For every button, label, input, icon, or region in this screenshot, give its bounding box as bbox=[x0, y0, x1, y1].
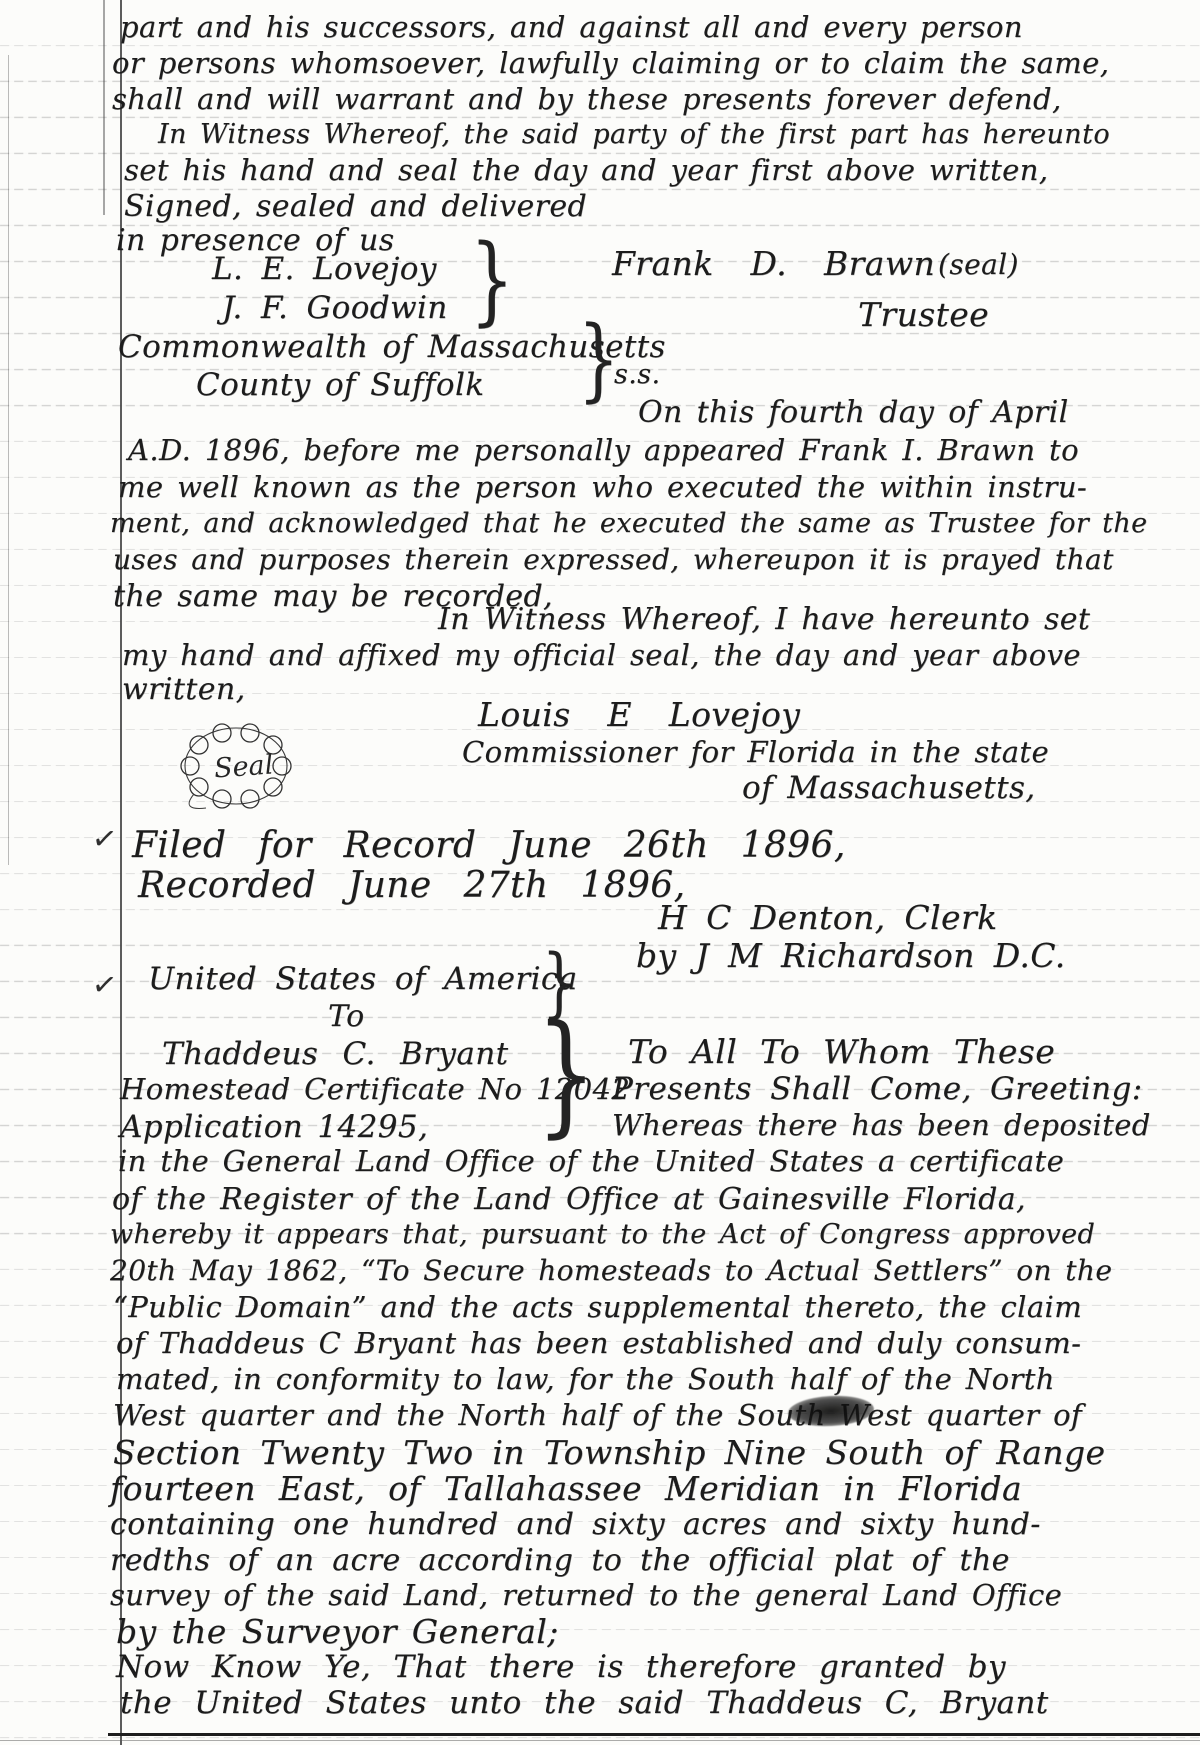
witness-signature-1: L. E. Lovejoy bbox=[212, 252, 437, 286]
recorded-line: Recorded June 27th 1896, bbox=[138, 866, 685, 906]
margin-checkmark-patent: ✓ bbox=[90, 966, 120, 1004]
commissioner-title-line-2: of Massachusetts, bbox=[742, 771, 1036, 805]
patent-caption-application: Application 14295, bbox=[120, 1110, 428, 1144]
patent-caption-to: To bbox=[328, 1000, 365, 1033]
witness-signature-2: J. F. Goodwin bbox=[222, 291, 448, 325]
page-bottom-edge-shadow bbox=[0, 1740, 1200, 1741]
page-bottom-edge bbox=[108, 1733, 1200, 1736]
patent-body-line: of the Register of the Land Office at Ga… bbox=[112, 1183, 1026, 1216]
patent-body-line: whereby it appears that, pursuant to the… bbox=[110, 1220, 1095, 1250]
patent-body-line: fourteen East, of Tallahassee Meridian i… bbox=[110, 1471, 1022, 1507]
deed-closing-line-6: Signed, sealed and delivered bbox=[124, 190, 587, 223]
patent-body-line: containing one hundred and sixty acres a… bbox=[110, 1508, 1041, 1541]
scan-edge-artifact bbox=[8, 55, 9, 865]
seal-word: Seal bbox=[213, 749, 274, 784]
deed-closing-line-2: or persons whomsoever, lawfully claiming… bbox=[112, 48, 1109, 80]
margin-checkmark-filing: ✓ bbox=[90, 820, 120, 858]
acknowledgment-line-1: On this fourth day of April bbox=[638, 396, 1069, 429]
patent-salutation-1: To All To Whom These bbox=[628, 1034, 1055, 1070]
patent-caption-big-brace: } bbox=[536, 1008, 596, 1140]
patent-body-line: mated, in conformity to law, for the Sou… bbox=[116, 1364, 1055, 1396]
patent-body-line: in the General Land Office of the United… bbox=[118, 1146, 1064, 1178]
notary-seal-flourish: Seal bbox=[178, 716, 296, 818]
patent-body-line: of Thaddeus C Bryant has been establishe… bbox=[116, 1328, 1081, 1360]
patent-caption-grantee: Thaddeus C. Bryant bbox=[162, 1037, 508, 1071]
acknowledgment-line-7: In Witness Whereof, I have hereunto set bbox=[438, 603, 1090, 636]
acknowledgment-line-9: written, bbox=[122, 673, 246, 706]
patent-body-line: Whereas there has been deposited bbox=[612, 1110, 1151, 1142]
patent-body-line: West quarter and the North half of the S… bbox=[113, 1400, 1082, 1432]
deputy-clerk-signature: by J M Richardson D.C. bbox=[636, 938, 1066, 974]
witnesses-brace: } bbox=[470, 232, 514, 328]
acknowledgment-line-4: ment, and acknowledged that he executed … bbox=[110, 509, 1148, 539]
venue-ss-label: s.s. bbox=[614, 360, 660, 390]
patent-body-line: the United States unto the said Thaddeus… bbox=[120, 1686, 1049, 1720]
deed-closing-line-1: part and his successors, and against all… bbox=[120, 12, 1023, 44]
patent-body-line: “Public Domain” and the acts supplementa… bbox=[113, 1292, 1082, 1324]
commissioner-signature: Louis E Lovejoy bbox=[478, 697, 800, 733]
patent-caption-grantor: United States of America bbox=[148, 962, 578, 996]
venue-county: County of Suffolk bbox=[196, 368, 484, 402]
commissioner-title-line-1: Commissioner for Florida in the state bbox=[462, 737, 1049, 769]
patent-body-line: survey of the said Land, returned to the… bbox=[110, 1580, 1062, 1612]
patent-body-line: Now Know Ye, That there is therefore gra… bbox=[116, 1650, 1006, 1684]
patent-body-line: Section Twenty Two in Township Nine Sout… bbox=[113, 1435, 1105, 1471]
acknowledgment-line-5: uses and purposes therein expressed, whe… bbox=[113, 545, 1114, 576]
patent-body-line: by the Surveyor General; bbox=[116, 1614, 559, 1650]
acknowledgment-line-3: me well known as the person who executed… bbox=[118, 472, 1087, 504]
clerk-signature: H C Denton, Clerk bbox=[658, 900, 998, 936]
left-margin-rule-secondary bbox=[103, 0, 105, 215]
acknowledgment-line-8: my hand and affixed my official seal, th… bbox=[122, 640, 1081, 672]
deed-closing-line-4: In Witness Whereof, the said party of th… bbox=[158, 120, 1110, 150]
filed-for-record-line: Filed for Record June 26th 1896, bbox=[132, 826, 846, 866]
deed-closing-line-3: shall and will warrant and by these pres… bbox=[112, 84, 1062, 116]
patent-body-line: 20th May 1862, “To Secure homesteads to … bbox=[110, 1256, 1112, 1287]
scanned-deed-page: part and his successors, and against all… bbox=[0, 0, 1200, 1745]
acknowledgment-line-2: A.D. 1896, before me personally appeared… bbox=[128, 435, 1079, 467]
deed-closing-line-5: set his hand and seal the day and year f… bbox=[124, 155, 1048, 187]
grantor-title: Trustee bbox=[858, 297, 989, 333]
patent-body-line: redths of an acre according to the offic… bbox=[110, 1544, 1010, 1577]
patent-salutation-2: Presents Shall Come, Greeting: bbox=[612, 1072, 1143, 1106]
grantor-signature: Frank D. Brawn bbox=[612, 246, 935, 282]
grantor-seal-mark: (seal) bbox=[938, 250, 1019, 281]
